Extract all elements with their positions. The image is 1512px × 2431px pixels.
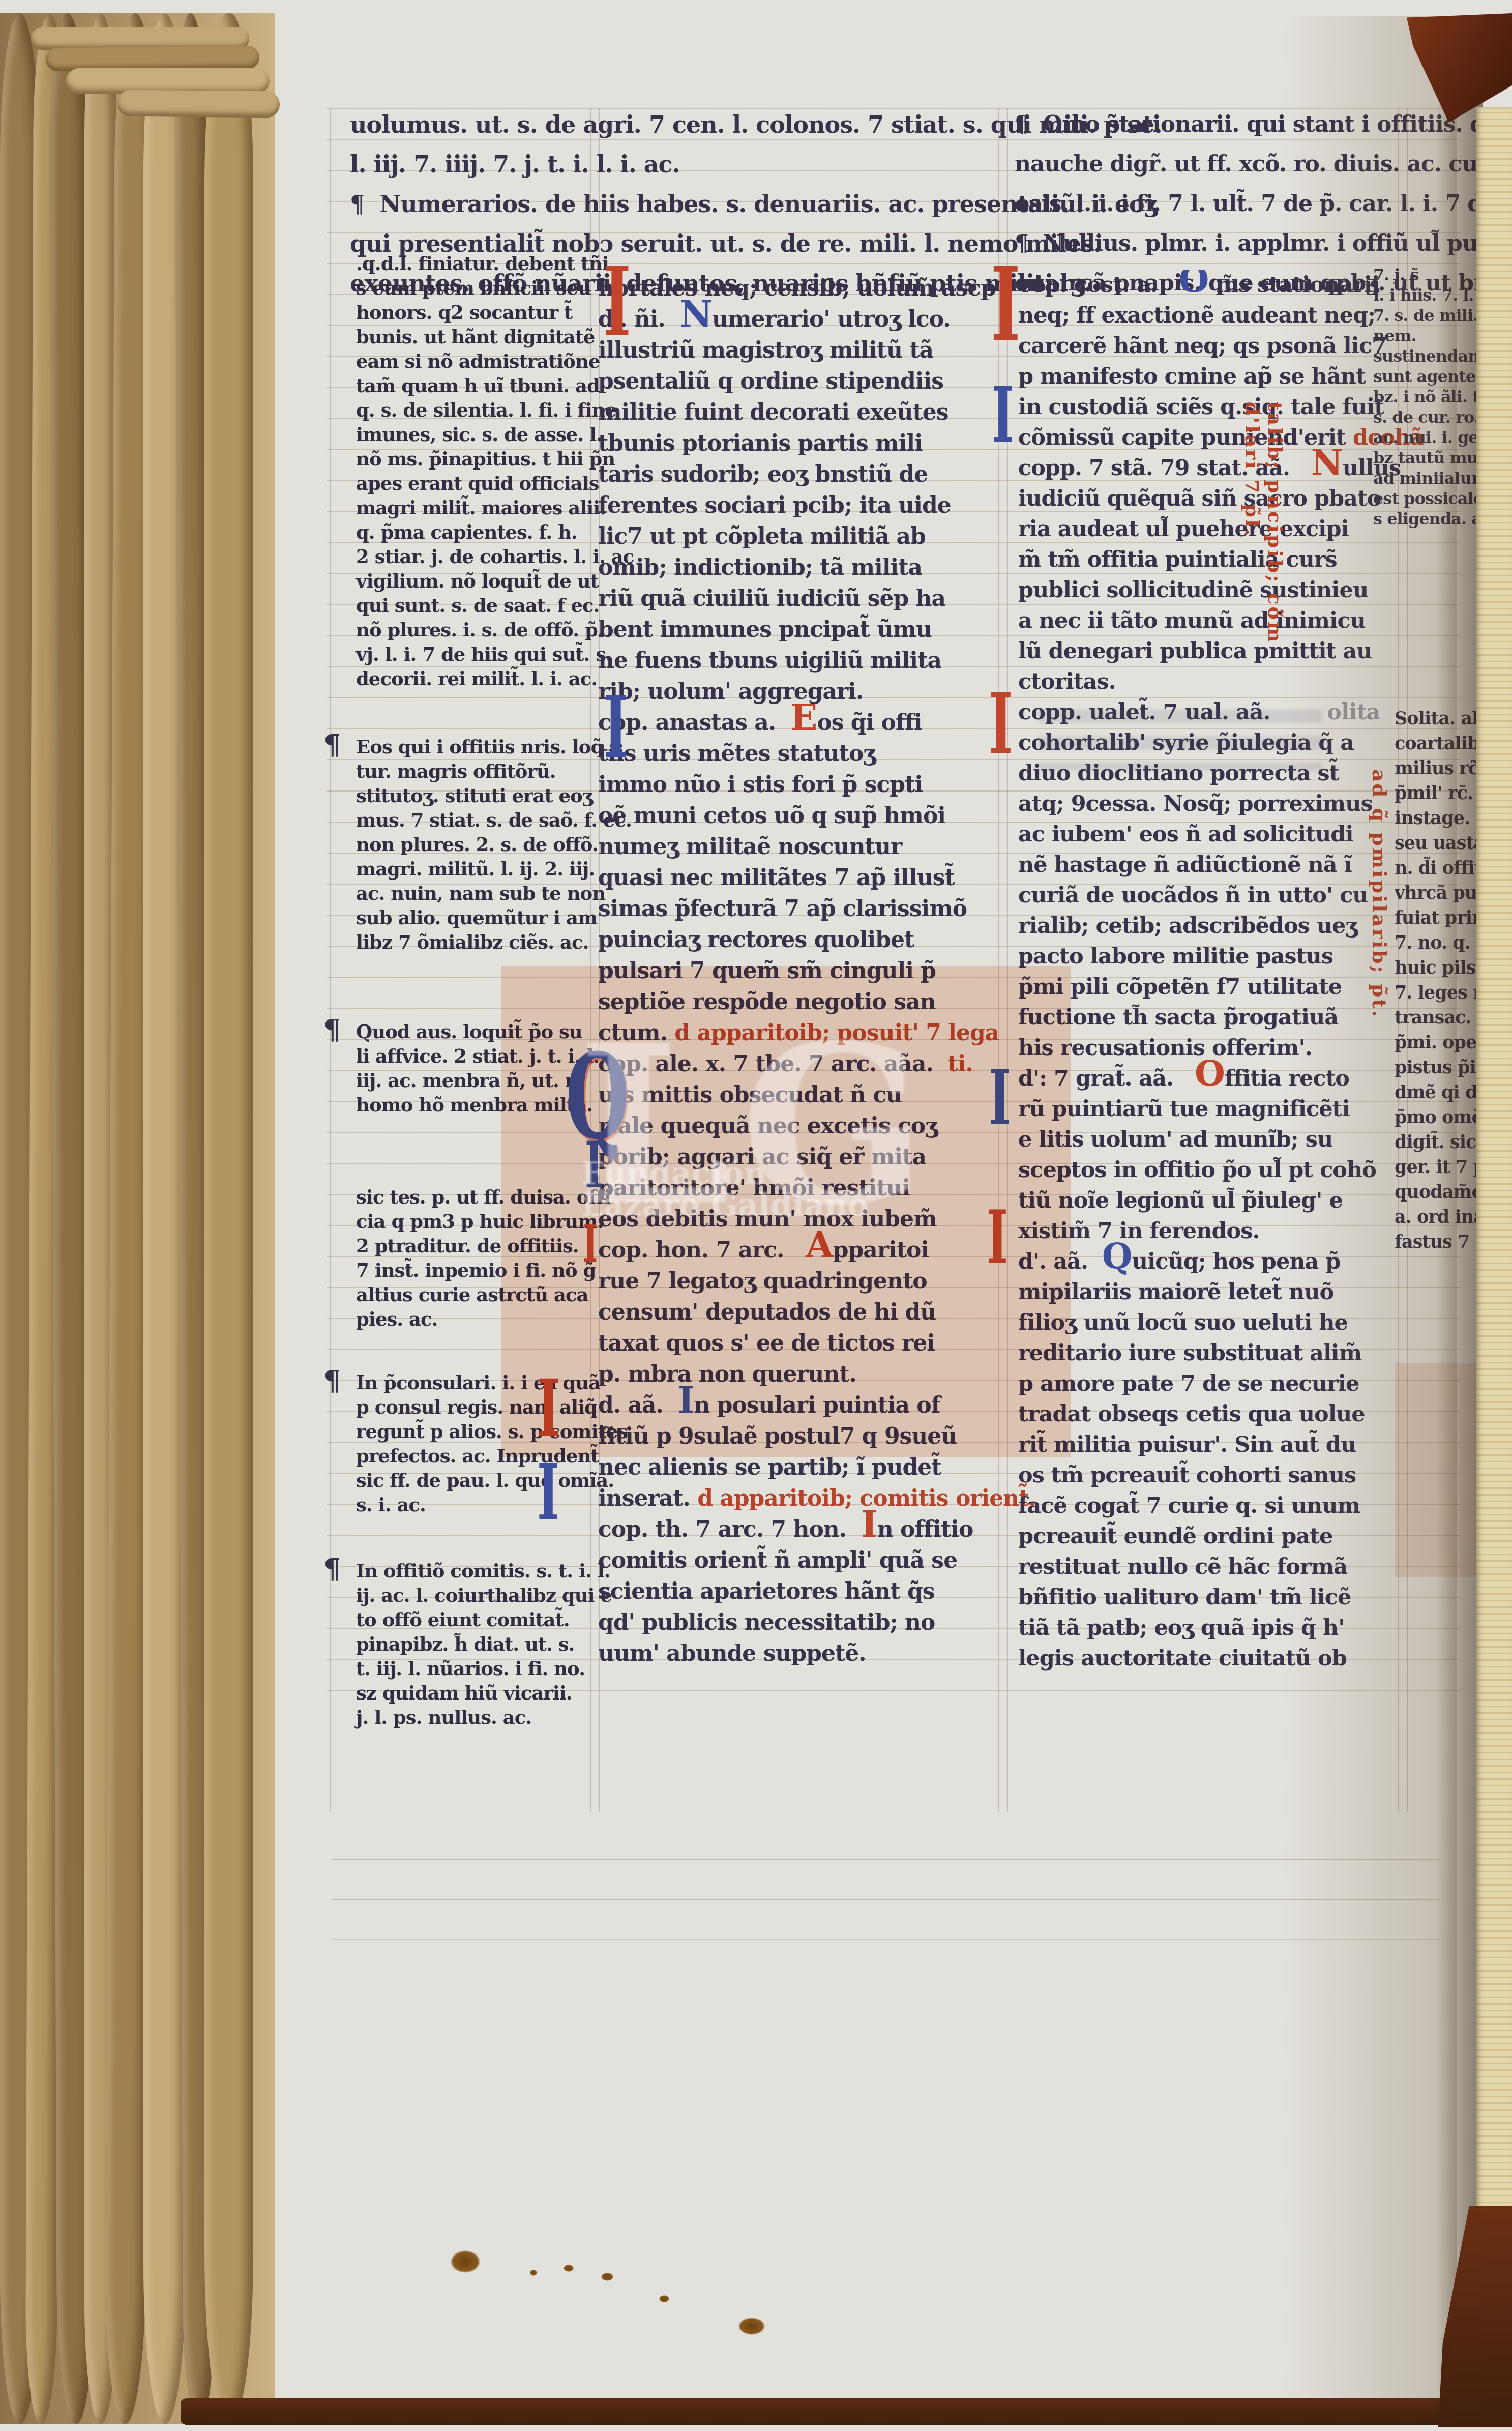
blank-ruling bbox=[332, 1939, 1440, 1940]
text-segment: imunes, sic. s. de asse. l. bbox=[356, 423, 602, 446]
text-line: .q.d.l. finiatur. debent tñi bbox=[356, 251, 641, 276]
fore-edge-pages bbox=[1476, 107, 1512, 2233]
initial-letter: O bbox=[1195, 1053, 1225, 1094]
binding-leather-bottom bbox=[181, 2398, 1483, 2425]
page-curve-shadow bbox=[1282, 16, 1457, 2407]
text-segment: psentaliũ q ordine stipendiis bbox=[598, 368, 943, 394]
text-segment: quasi nec militãtes 7 ap̃ illust̃ bbox=[598, 865, 955, 891]
text-segment: bunis. ut hãnt dignitatẽ bbox=[356, 326, 595, 348]
text-segment: uum' abunde suppetẽ. bbox=[598, 1641, 866, 1666]
text-segment: ferentes sociari pcib; ita uide bbox=[598, 492, 951, 518]
text-line: oẽ muni cetos uõ q sup̃ hmõi bbox=[598, 800, 1036, 831]
text-segment: qd' publicis necessitatib; no bbox=[598, 1609, 935, 1635]
text-line: omib; indictionib; tã milita bbox=[598, 552, 1036, 583]
text-line: lic7 ut pt cõpleta militiã ab bbox=[598, 521, 1036, 552]
text-segment: sz quidam hiũ vicarii. bbox=[356, 1682, 572, 1704]
text-segment: militie fuint decorati exeũtes bbox=[598, 399, 948, 425]
initial-letter: I bbox=[861, 1503, 877, 1545]
text-segment: n offitio bbox=[877, 1516, 973, 1542]
text-segment: scientia aparietores hãnt q̃s bbox=[598, 1578, 934, 1604]
initial-letter: O bbox=[1179, 270, 1209, 301]
pilcrow-mark: ¶ bbox=[323, 1557, 340, 1581]
text-segment: magri milit̃. maiores alii. bbox=[356, 496, 606, 519]
text-segment: stitutoʒ. stituti erat eoʒ bbox=[356, 784, 592, 807]
text-segment: j. l. ps. nullus. ac. bbox=[356, 1706, 531, 1729]
text-segment: pies. ac. bbox=[356, 1308, 437, 1330]
text-line: scientia aparietores hãnt q̃s bbox=[598, 1576, 1036, 1607]
text-segment: omib; indictionib; tã milita bbox=[598, 554, 922, 580]
watermark-text: Lázaro Galdiano bbox=[581, 1186, 869, 1223]
initial-letter: E bbox=[790, 696, 817, 739]
text-segment: cop. cost. a. bbox=[1018, 272, 1179, 298]
text-line: numeʒ militaẽ noscuntur bbox=[598, 831, 1036, 862]
text-line: militie fuint decorati exeũtes bbox=[598, 397, 1036, 428]
page-corner-step bbox=[46, 46, 259, 71]
text-segment: qui sunt. s. de saat. f ec. bbox=[356, 594, 599, 617]
text-segment: cop. th. 7 arc. 7 hon. bbox=[598, 1516, 861, 1542]
text-line: j. l. ps. nullus. ac. bbox=[356, 1705, 641, 1730]
text-segment: tam̃ quam h uĩ tbuni. ad bbox=[356, 374, 600, 397]
text-line: quasi nec militãtes 7 ap̃ illust̃ bbox=[598, 862, 1036, 893]
text-line: immo nũo i stis fori p̃ scpti bbox=[598, 769, 1036, 800]
text-segment: vj. l. i. 7 de hiis qui sut̃. s. bbox=[356, 643, 612, 665]
text-segment: apes erant quid officials bbox=[356, 472, 599, 494]
text-segment: mus. 7 stiat. s. de saõ. f. ec. bbox=[356, 809, 632, 831]
text-line: riũ quã ciuiliũ iudiciũ sẽp ha bbox=[598, 583, 1036, 614]
page-edge bbox=[204, 13, 253, 2424]
text-segment: ctoritas. bbox=[1018, 669, 1116, 694]
text-segment: 2 stiar. j. de cohartis. l. i. ac bbox=[356, 545, 634, 568]
pilcrow-mark: ¶ bbox=[323, 733, 340, 757]
ink-stain bbox=[738, 2318, 765, 2335]
text-segment: vigilium. nõ loquit̃ de ut bbox=[356, 570, 599, 592]
text-segment: honors. q2 socantur t̃ bbox=[356, 301, 572, 324]
text-line: d'. ñi. Numerario' utroʒ lco. bbox=[598, 304, 1036, 335]
text-segment: oẽ muni cetos uõ q sup̃ hmõi bbox=[598, 803, 945, 829]
text-segment: tiis uris mẽtes statutoʒ bbox=[598, 741, 875, 767]
text-segment: decorii. rei milit̃. l. i. ac. bbox=[356, 667, 597, 690]
text-segment: sic ff. de pau. l. que omĩa. bbox=[356, 1469, 614, 1491]
ink-stain bbox=[601, 2273, 613, 2281]
page-stack-edges bbox=[0, 13, 275, 2424]
text-line: tbunis ptorianis partis mili bbox=[598, 428, 1036, 459]
text-segment: immo nũo i stis fori p̃ scpti bbox=[598, 772, 923, 798]
manuscript-photo: uolumus. ut. s. de agri. 7 cen. l. colon… bbox=[0, 0, 1512, 2431]
library-watermark: LG Fundación Lázaro Galdiano bbox=[501, 966, 1071, 1457]
pilcrow-mark: ¶ bbox=[323, 1368, 340, 1393]
text-segment: os q̃i offi bbox=[817, 710, 922, 736]
text-segment: s eum ptem bñficii. seu bbox=[356, 277, 591, 299]
text-line: rib; uolum' aggregari. bbox=[598, 676, 1036, 707]
text-line: illustriũ magistroʒ militũ tã bbox=[598, 335, 1036, 366]
illuminated-initial-I: I bbox=[603, 254, 631, 350]
text-line: simas p̃fecturã 7 ap̃ clarissimõ bbox=[598, 893, 1036, 924]
text-segment: Eos qui i offitiis nris. loq̃ bbox=[356, 736, 603, 758]
text-segment: numeʒ militaẽ noscuntur bbox=[598, 834, 902, 860]
ink-stain bbox=[451, 2250, 480, 2273]
text-line: comitis orient̃ ñ ampli' quã se bbox=[598, 1545, 1036, 1576]
text-segment: magri. militũ. l. ij. 2. iij. bbox=[356, 858, 595, 880]
text-line: ferentes sociari pcib; ita uide bbox=[598, 490, 1036, 521]
text-segment: tbunis ptorianis partis mili bbox=[598, 430, 923, 456]
text-segment: non plures. 2. s. de offõ. bbox=[356, 833, 598, 856]
illuminated-initial-I: I bbox=[989, 683, 1013, 766]
text-segment: ac. nuin, nam sub te non bbox=[356, 882, 605, 904]
text-line: psentaliũ q ordine stipendiis bbox=[598, 366, 1036, 397]
text-segment: illustriũ magistroʒ militũ tã bbox=[598, 337, 933, 363]
ink-bleedthrough bbox=[1037, 710, 1322, 771]
text-segment: nec alienis se partib; ĩ pudet̃ bbox=[598, 1454, 941, 1480]
text-segment: comitis orient̃ ñ ampli' quã se bbox=[598, 1547, 957, 1573]
text-segment: to offõ eiunt comitat̃. bbox=[356, 1608, 570, 1631]
text-segment: puinciaʒ rectores quolibet bbox=[598, 927, 914, 953]
ink-stain bbox=[564, 2265, 574, 2272]
blank-ruling bbox=[332, 1899, 1440, 1900]
pilcrow-mark: ¶ bbox=[323, 1017, 340, 1042]
text-segment: riũ quã ciuiliũ iudiciũ sẽp ha bbox=[598, 585, 945, 611]
text-line: cop. th. 7 arc. 7 hon. In offitio bbox=[598, 1514, 1036, 1545]
blank-ruling bbox=[332, 1859, 1440, 1860]
text-segment: rib; uolum' aggregari. bbox=[598, 679, 863, 705]
text-segment: q. s. de silentia. l. fi. i fine bbox=[356, 399, 616, 421]
text-segment: nõ plures. i. s. de offõ. p̃. bbox=[356, 619, 604, 641]
text-segment: q. p̃ma capientes. f. h. bbox=[356, 521, 577, 543]
text-segment: lic7 ut pt cõpleta militiã ab bbox=[598, 523, 926, 549]
text-segment: hortales neq; censib; uolum̃ ascp bbox=[598, 275, 996, 301]
text-segment: tur. magris offitõrũ. bbox=[356, 760, 556, 782]
text-segment: umerario' utroʒ lco. bbox=[712, 306, 951, 332]
text-segment: eam si nõ admistratiõne bbox=[356, 350, 600, 372]
text-line: inserat. d apparitoib; comitis orient̃. bbox=[598, 1483, 1036, 1514]
initial-letter: Q bbox=[1102, 1236, 1132, 1277]
text-segment: ij. ac. l. coiurthalibz qui ẽ bbox=[356, 1584, 612, 1606]
text-line: qd' publicis necessitatib; no bbox=[598, 1607, 1036, 1638]
text-line: cop. anastas a. Eos q̃i offi bbox=[598, 707, 1036, 738]
text-segment: pinapibz. h̃ diat. ut. s. bbox=[356, 1633, 574, 1655]
text-segment: .q.d.l. finiatur. debent tñi bbox=[356, 252, 609, 275]
text-line: sz quidam hiũ vicarii. bbox=[356, 1681, 641, 1705]
text-line: tiis uris mẽtes statutoʒ bbox=[598, 738, 1036, 769]
text-segment: sub alio. quemũtur i am bbox=[356, 906, 597, 929]
page-corner-step bbox=[117, 90, 280, 118]
illuminated-initial-I: I bbox=[537, 1455, 559, 1531]
text-line: puinciaʒ rectores quolibet bbox=[598, 924, 1036, 955]
text-segment: In offitiõ comitis. s. t. i. l. bbox=[356, 1560, 610, 1582]
illuminated-initial-I: I bbox=[603, 684, 628, 770]
illuminated-initial-I: I bbox=[991, 253, 1020, 355]
text-segment: nõ ms. p̃inapitius. t hii p̃n bbox=[356, 448, 615, 470]
ink-stain bbox=[659, 2295, 669, 2302]
initial-letter: N bbox=[680, 293, 712, 335]
ink-stain bbox=[530, 2270, 537, 2276]
text-line: hortales neq; censib; uolum̃ ascp bbox=[598, 273, 1036, 304]
text-segment: ne fuens tbuns uigiliũ milita bbox=[598, 648, 941, 673]
text-segment: taris sudorib; eoʒ bnstiũ de bbox=[598, 461, 928, 487]
text-segment: inserat. bbox=[598, 1485, 697, 1511]
text-segment: s. i. ac. bbox=[356, 1493, 426, 1516]
text-line: bent immunes pncipat̃ ũmu bbox=[598, 614, 1036, 645]
text-line: ne fuens tbuns uigiliũ milita bbox=[598, 645, 1036, 676]
text-segment: l. iij. 7. iiij. 7. j. t. i. l. i. ac. bbox=[350, 151, 680, 178]
text-segment: bent immunes pncipat̃ ũmu bbox=[598, 617, 932, 642]
red-vertical-rubric: talib; pncipib; cõm d'lari 7 p̃l. bbox=[1241, 402, 1287, 717]
text-line: taris sudorib; eoʒ bnstiũ de bbox=[598, 459, 1036, 490]
text-segment: libz 7 õmialibz ciẽs. ac. bbox=[356, 931, 588, 953]
illuminated-initial-I: I bbox=[992, 377, 1014, 454]
text-line: uum' abunde suppetẽ. bbox=[598, 1638, 1036, 1669]
text-segment: simas p̃fecturã 7 ap̃ clarissimõ bbox=[598, 896, 967, 922]
text-segment: t. iij. l. nũarios. i fi. no. bbox=[356, 1657, 585, 1680]
